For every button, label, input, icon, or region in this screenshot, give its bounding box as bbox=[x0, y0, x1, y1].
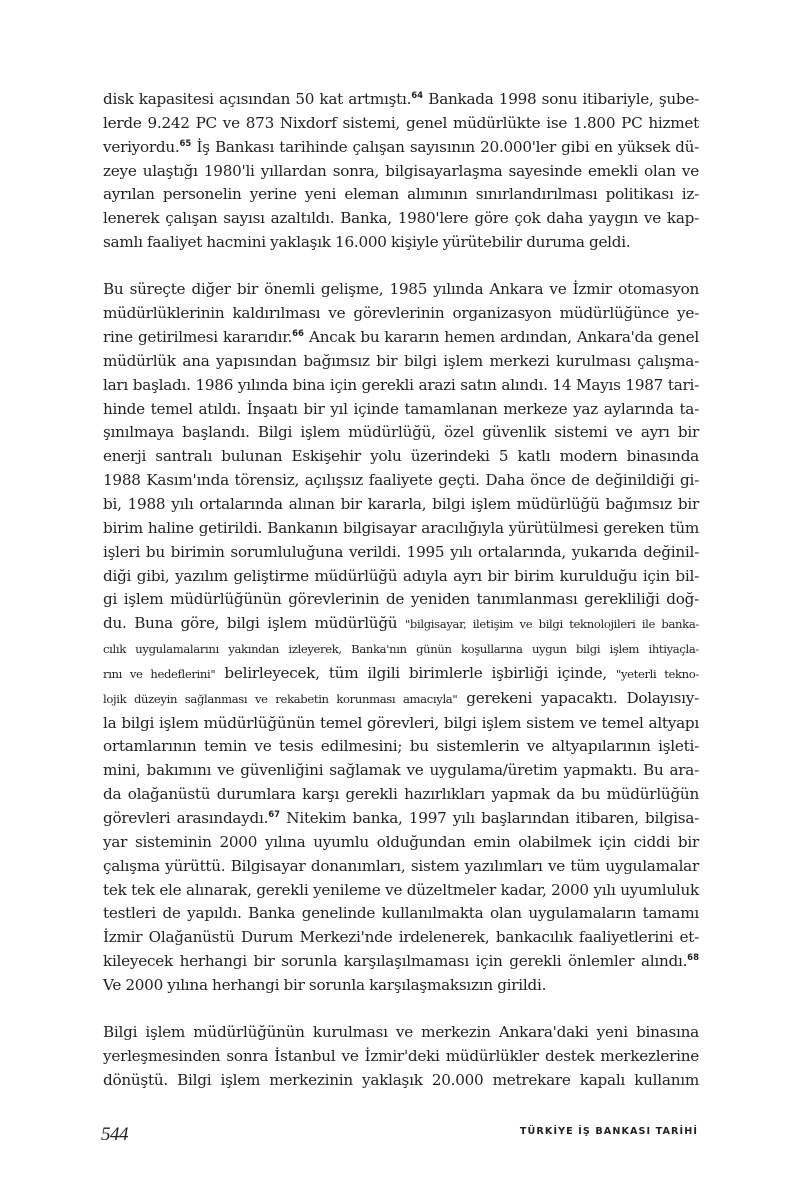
text-line: bi, 1988 yılı ortalarında alınan bir kar… bbox=[103, 493, 699, 517]
text-line: müdürlük ana yapısından bağımsız bir bil… bbox=[103, 350, 699, 374]
quotation-run: lojik düzeyin sağlanması ve rekabetin ko… bbox=[103, 692, 457, 706]
text-run: İzmir Olağanüstü Durum Merkezi'nde irdel… bbox=[103, 928, 699, 946]
text-run: birim haline getirildi. Bankanın bilgisa… bbox=[103, 519, 699, 537]
text-line: zeye ulaştığı 1980'li yıllardan sonra, b… bbox=[103, 160, 699, 184]
paragraph: Bilgi işlem müdürlüğünün kurulması ve me… bbox=[103, 1021, 699, 1093]
text-run: Bankada 1998 sonu itibariyle, şube- bbox=[423, 90, 699, 108]
body-text: disk kapasitesi açısından 50 kat artmışt… bbox=[103, 88, 699, 1116]
text-line: ları başladı. 1986 yılında bina için ger… bbox=[103, 374, 699, 398]
quotation-run: rını ve hedeflerini" bbox=[103, 667, 215, 681]
paragraph: Bu süreçte diğer bir önemli gelişme, 198… bbox=[103, 278, 699, 997]
text-line: 1988 Kasım'ında törensiz, açılışsız faal… bbox=[103, 469, 699, 493]
text-line: samlı faaliyet hacmini yaklaşık 16.000 k… bbox=[103, 231, 699, 255]
text-line: Bu süreçte diğer bir önemli gelişme, 198… bbox=[103, 278, 699, 302]
text-line: da olağanüstü durumlara karşı gerekli ha… bbox=[103, 783, 699, 807]
text-line: dönüştü. Bilgi işlem merkezinin yaklaşık… bbox=[103, 1069, 699, 1093]
text-line: testleri de yapıldı. Banka genelinde kul… bbox=[103, 902, 699, 926]
text-run: belirleyecek, tüm ilgili birimlerle işbi… bbox=[215, 664, 616, 682]
text-run: gi işlem müdürlüğünün görevlerinin de ye… bbox=[103, 590, 699, 608]
text-line: kileyecek herhangi bir sorunla karşılaşı… bbox=[103, 950, 699, 974]
text-run: veriyordu. bbox=[103, 138, 180, 156]
text-run: çalışma yürüttü. Bilgisayar donanımları,… bbox=[103, 857, 699, 875]
text-run: bi, 1988 yılı ortalarında alınan bir kar… bbox=[103, 495, 699, 513]
text-line: mini, bakımını ve güvenliğini sağlamak v… bbox=[103, 759, 699, 783]
text-run: müdürlük ana yapısından bağımsız bir bil… bbox=[103, 352, 699, 370]
text-line: veriyordu.65 İş Bankası tarihinde çalışa… bbox=[103, 136, 699, 160]
text-line: rını ve hedeflerini" belirleyecek, tüm i… bbox=[103, 662, 699, 687]
text-run: Bilgi işlem müdürlüğünün kurulması ve me… bbox=[103, 1023, 699, 1041]
text-run: yerleşmesinden sonra İstanbul ve İzmir'd… bbox=[103, 1047, 699, 1065]
text-run: Nitekim banka, 1997 yılı başlarından iti… bbox=[280, 809, 699, 827]
text-line: enerji santralı bulunan Eskişehir yolu ü… bbox=[103, 445, 699, 469]
text-line: du. Buna göre, bilgi işlem müdürlüğü "bi… bbox=[103, 612, 699, 637]
text-run: tek tek ele alınarak, gerekli yenileme v… bbox=[103, 881, 699, 899]
text-run: şınılmaya başlandı. Bilgi işlem müdürlüğ… bbox=[103, 423, 699, 441]
text-run: Ancak bu kararın hemen ardından, Ankara'… bbox=[304, 328, 699, 346]
text-line: ortamlarının temin ve tesis edilmesini; … bbox=[103, 735, 699, 759]
text-line: işleri bu birimin sorumluluğuna verildi.… bbox=[103, 541, 699, 565]
text-run: rine getirilmesi kararıdır. bbox=[103, 328, 292, 346]
text-line: hinde temel atıldı. İnşaatı bir yıl için… bbox=[103, 398, 699, 422]
running-title: TÜRKİYE İŞ BANKASI TARİHİ bbox=[520, 1126, 698, 1137]
text-run: 1988 Kasım'ında törensiz, açılışsız faal… bbox=[103, 471, 699, 489]
text-line: lenerek çalışan sayısı azaltıldı. Banka,… bbox=[103, 207, 699, 231]
text-run: enerji santralı bulunan Eskişehir yolu ü… bbox=[103, 447, 699, 465]
text-line: ayrılan personelin yerine yeni eleman al… bbox=[103, 183, 699, 207]
footnote-reference: 67 bbox=[268, 810, 280, 820]
text-run: Ve 2000 yılına herhangi bir sorunla karş… bbox=[103, 976, 546, 994]
footnote-reference: 65 bbox=[180, 139, 192, 149]
page-number: 544 bbox=[101, 1124, 128, 1146]
text-line: lojik düzeyin sağlanması ve rekabetin ko… bbox=[103, 687, 699, 712]
text-run: samlı faaliyet hacmini yaklaşık 16.000 k… bbox=[103, 233, 630, 251]
text-run: disk kapasitesi açısından 50 kat artmışt… bbox=[103, 90, 411, 108]
text-run: müdürlüklerinin kaldırılması ve görevler… bbox=[103, 304, 699, 322]
quotation-run: cılık uygulamalarını yakından izleyerek,… bbox=[103, 642, 699, 656]
book-page: disk kapasitesi açısından 50 kat artmışt… bbox=[0, 0, 799, 1200]
text-line: yerleşmesinden sonra İstanbul ve İzmir'd… bbox=[103, 1045, 699, 1069]
text-line: müdürlüklerinin kaldırılması ve görevler… bbox=[103, 302, 699, 326]
quotation-run: "bilgisayar, iletişim ve bilgi teknoloji… bbox=[405, 617, 699, 631]
text-run: görevleri arasındaydı. bbox=[103, 809, 268, 827]
text-run: mini, bakımını ve güvenliğini sağlamak v… bbox=[103, 761, 699, 779]
text-run: kileyecek herhangi bir sorunla karşılaşı… bbox=[103, 952, 687, 970]
text-run: du. Buna göre, bilgi işlem müdürlüğü bbox=[103, 614, 405, 632]
text-run: da olağanüstü durumlara karşı gerekli ha… bbox=[103, 785, 699, 803]
text-line: gi işlem müdürlüğünün görevlerinin de ye… bbox=[103, 588, 699, 612]
text-run: hinde temel atıldı. İnşaatı bir yıl için… bbox=[103, 400, 699, 418]
text-line: diği gibi, yazılım geliştirme müdürlüğü … bbox=[103, 565, 699, 589]
text-line: la bilgi işlem müdürlüğünün temel görevl… bbox=[103, 712, 699, 736]
text-line: lerde 9.242 PC ve 873 Nixdorf sistemi, g… bbox=[103, 112, 699, 136]
text-line: görevleri arasındaydı.67 Nitekim banka, … bbox=[103, 807, 699, 831]
footnote-reference: 68 bbox=[687, 953, 699, 963]
text-line: rine getirilmesi kararıdır.66 Ancak bu k… bbox=[103, 326, 699, 350]
text-line: yar sisteminin 2000 yılına uyumlu olduğu… bbox=[103, 831, 699, 855]
text-run: Bu süreçte diğer bir önemli gelişme, 198… bbox=[103, 280, 699, 298]
text-line: disk kapasitesi açısından 50 kat artmışt… bbox=[103, 88, 699, 112]
text-run: İş Bankası tarihinde çalışan sayısının 2… bbox=[191, 138, 699, 156]
text-line: tek tek ele alınarak, gerekli yenileme v… bbox=[103, 879, 699, 903]
paragraph: disk kapasitesi açısından 50 kat artmışt… bbox=[103, 88, 699, 255]
text-line: İzmir Olağanüstü Durum Merkezi'nde irdel… bbox=[103, 926, 699, 950]
text-run: lerde 9.242 PC ve 873 Nixdorf sistemi, g… bbox=[103, 114, 699, 132]
text-line: Ve 2000 yılına herhangi bir sorunla karş… bbox=[103, 974, 699, 998]
text-run: işleri bu birimin sorumluluğuna verildi.… bbox=[103, 543, 699, 561]
quotation-run: "yeterli tekno- bbox=[616, 667, 699, 681]
text-run: ayrılan personelin yerine yeni eleman al… bbox=[103, 185, 699, 203]
footnote-reference: 64 bbox=[411, 91, 423, 101]
text-run: dönüştü. Bilgi işlem merkezinin yaklaşık… bbox=[103, 1071, 699, 1089]
text-run: lenerek çalışan sayısı azaltıldı. Banka,… bbox=[103, 209, 699, 227]
text-line: Bilgi işlem müdürlüğünün kurulması ve me… bbox=[103, 1021, 699, 1045]
text-run: zeye ulaştığı 1980'li yıllardan sonra, b… bbox=[103, 162, 699, 180]
text-line: şınılmaya başlandı. Bilgi işlem müdürlüğ… bbox=[103, 421, 699, 445]
text-run: ları başladı. 1986 yılında bina için ger… bbox=[103, 376, 699, 394]
text-run: diği gibi, yazılım geliştirme müdürlüğü … bbox=[103, 567, 699, 585]
text-run: testleri de yapıldı. Banka genelinde kul… bbox=[103, 904, 699, 922]
text-run: la bilgi işlem müdürlüğünün temel görevl… bbox=[103, 714, 699, 732]
text-line: cılık uygulamalarını yakından izleyerek,… bbox=[103, 637, 699, 662]
text-run: gerekeni yapacaktı. Dolayısıy- bbox=[457, 689, 699, 707]
text-line: çalışma yürüttü. Bilgisayar donanımları,… bbox=[103, 855, 699, 879]
text-run: yar sisteminin 2000 yılına uyumlu olduğu… bbox=[103, 833, 699, 851]
text-line: birim haline getirildi. Bankanın bilgisa… bbox=[103, 517, 699, 541]
footnote-reference: 66 bbox=[292, 329, 304, 339]
text-run: ortamlarının temin ve tesis edilmesini; … bbox=[103, 737, 699, 755]
